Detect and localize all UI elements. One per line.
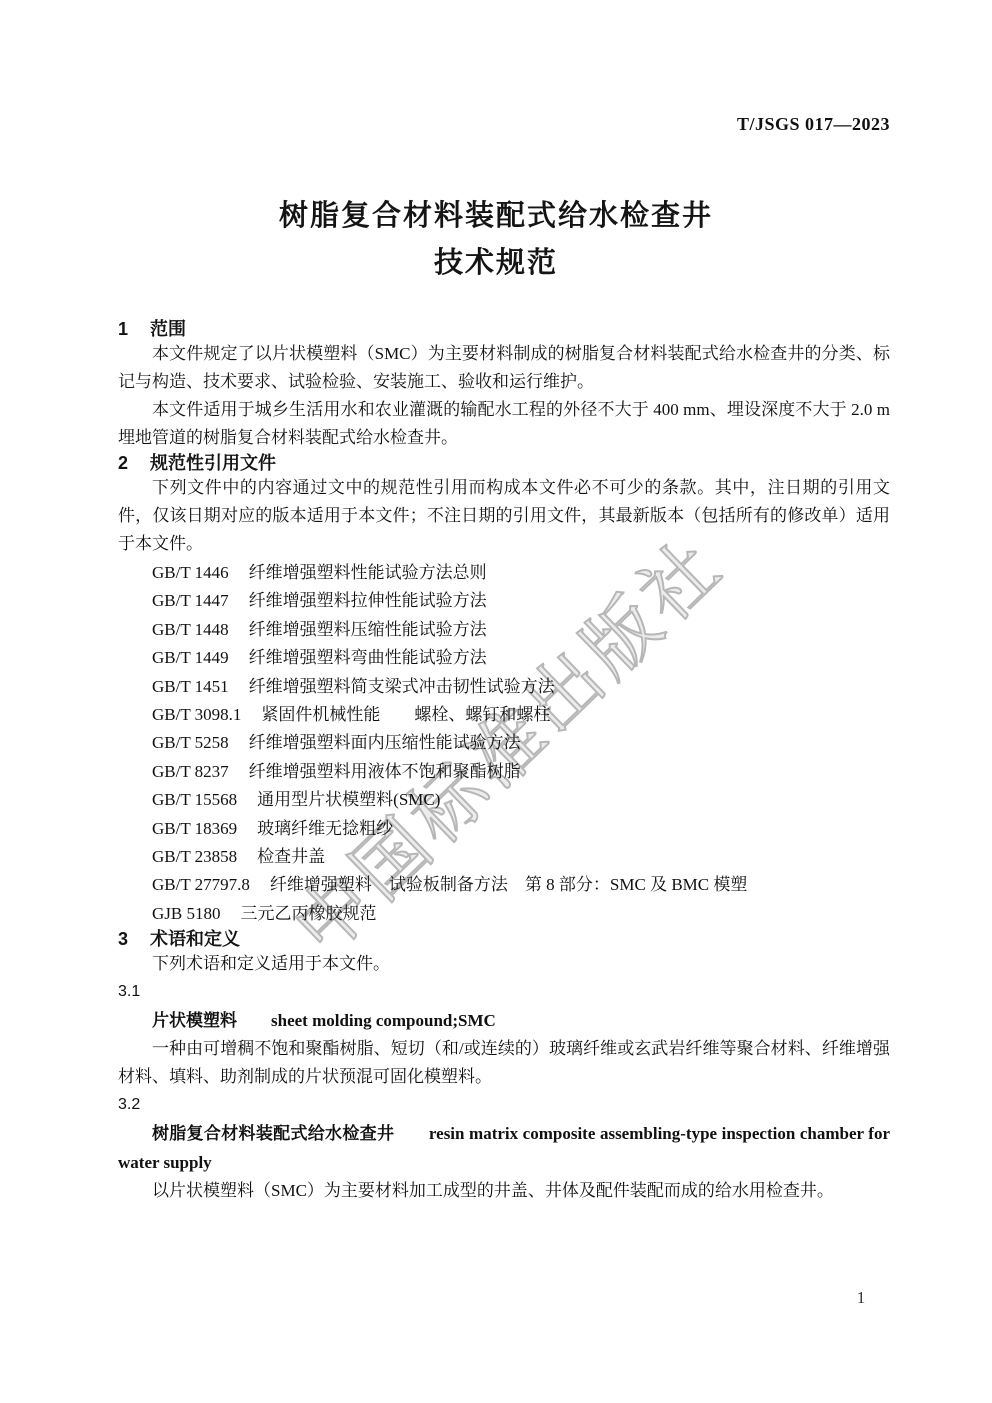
reference-title: 纤维增强塑料简支梁式冲击韧性试验方法 [249,677,555,696]
term-gap [237,1011,271,1030]
scope-paragraph-1: 本文件规定了以片状模塑料（SMC）为主要材料制成的树脂复合材料装配式给水检查井的… [118,340,890,396]
reference-code: GB/T 1446 [152,559,229,587]
reference-title: 通用型片状模塑料(SMC) [257,790,440,809]
document-body: 1范围 本文件规定了以片状模塑料（SMC）为主要材料制成的树脂复合材料装配式给水… [118,318,890,1205]
reference-title: 玻璃纤维无捻粗纱 [257,819,393,838]
section-1-number: 1 [118,318,128,340]
section-1-title: 范围 [150,319,186,339]
section-3-title: 术语和定义 [150,929,240,949]
reference-title: 三元乙丙橡胶规范 [240,904,376,923]
terms-intro-paragraph: 下列术语和定义适用于本文件。 [118,950,890,978]
scope-paragraph-2: 本文件适用于城乡生活用水和农业灌溉的输配水工程的外径不大于 400 mm、埋设深… [118,396,890,452]
reference-item: GB/T 1451纤维增强塑料简支梁式冲击韧性试验方法 [152,673,890,701]
reference-code: GB/T 1447 [152,587,229,615]
section-3-number: 3 [118,928,128,950]
reference-item: GB/T 3098.1紧固件机械性能 螺栓、螺钉和螺柱 [152,701,890,729]
standard-code: T/JSGS 017—2023 [737,114,890,135]
reference-code: GB/T 8237 [152,758,229,786]
term-3-2-definition: 以片状模塑料（SMC）为主要材料加工成型的井盖、井体及配件装配而成的给水用检查井… [118,1177,890,1205]
section-2-number: 2 [118,452,128,474]
reference-code: GB/T 1451 [152,673,229,701]
reference-item: GB/T 27797.8纤维增强塑料 试验板制备方法 第 8 部分：SMC 及 … [152,871,890,899]
section-2-title: 规范性引用文件 [150,453,276,473]
reference-code: GB/T 1448 [152,616,229,644]
reference-title: 纤维增强塑料面内压缩性能试验方法 [249,733,521,752]
reference-code: GB/T 1449 [152,644,229,672]
term-3-1-heading: 片状模塑料 sheet molding compound;SMC [118,1006,890,1035]
reference-title: 纤维增强塑料 试验板制备方法 第 8 部分：SMC 及 BMC 模塑 [270,875,747,894]
reference-title: 纤维增强塑料拉伸性能试验方法 [249,591,487,610]
document-page: 中国标准出版社 T/JSGS 017—2023 树脂复合材料装配式给水检查井 技… [0,0,992,1403]
term-3-1-zh: 片状模塑料 [152,1011,237,1030]
reference-item: GJB 5180三元乙丙橡胶规范 [152,900,890,928]
normative-references-list: GB/T 1446纤维增强塑料性能试验方法总则 GB/T 1447纤维增强塑料拉… [118,559,890,928]
term-3-1-en: sheet molding compound;SMC [271,1011,496,1030]
term-3-2-number: 3.2 [118,1091,890,1119]
reference-item: GB/T 5258纤维增强塑料面内压缩性能试验方法 [152,729,890,757]
term-3-2-heading: 树脂复合材料装配式给水检查井 resin matrix composite as… [118,1119,890,1177]
reference-item: GB/T 1446纤维增强塑料性能试验方法总则 [152,559,890,587]
reference-code: GB/T 5258 [152,729,229,757]
reference-title: 纤维增强塑料性能试验方法总则 [249,563,487,582]
term-3-2-zh: 树脂复合材料装配式给水检查井 [152,1124,394,1143]
reference-code: GB/T 18369 [152,815,237,843]
reference-item: GB/T 1447纤维增强塑料拉伸性能试验方法 [152,587,890,615]
reference-code: GB/T 27797.8 [152,871,250,899]
reference-code: GB/T 15568 [152,786,237,814]
reference-item: GB/T 8237纤维增强塑料用液体不饱和聚酯树脂 [152,758,890,786]
document-title: 树脂复合材料装配式给水检查井 技术规范 [0,193,992,287]
reference-title: 纤维增强塑料用液体不饱和聚酯树脂 [249,762,521,781]
references-intro-paragraph: 下列文件中的内容通过文中的规范性引用而构成本文件必不可少的条款。其中，注日期的引… [118,474,890,558]
term-3-1-number: 3.1 [118,978,890,1006]
reference-item: GB/T 1449纤维增强塑料弯曲性能试验方法 [152,644,890,672]
document-title-line2: 技术规范 [0,240,992,287]
reference-code: GB/T 23858 [152,843,237,871]
reference-item: GB/T 23858检查井盖 [152,843,890,871]
term-gap [394,1124,429,1143]
term-3-1-definition: 一种由可增稠不饱和聚酯树脂、短切（和/或连续的）玻璃纤维或玄武岩纤维等聚合材料、… [118,1035,890,1091]
reference-title: 纤维增强塑料压缩性能试验方法 [249,620,487,639]
reference-title: 紧固件机械性能 螺栓、螺钉和螺柱 [261,705,550,724]
document-title-line1: 树脂复合材料装配式给水检查井 [0,193,992,240]
reference-code: GB/T 3098.1 [152,701,241,729]
reference-item: GB/T 18369玻璃纤维无捻粗纱 [152,815,890,843]
page-number: 1 [846,1288,876,1308]
reference-item: GB/T 15568通用型片状模塑料(SMC) [152,786,890,814]
reference-title: 纤维增强塑料弯曲性能试验方法 [249,648,487,667]
reference-item: GB/T 1448纤维增强塑料压缩性能试验方法 [152,616,890,644]
section-2-heading: 2规范性引用文件 [118,452,890,474]
reference-code: GJB 5180 [152,900,220,928]
section-3-heading: 3术语和定义 [118,928,890,950]
reference-title: 检查井盖 [257,847,325,866]
section-1-heading: 1范围 [118,318,890,340]
